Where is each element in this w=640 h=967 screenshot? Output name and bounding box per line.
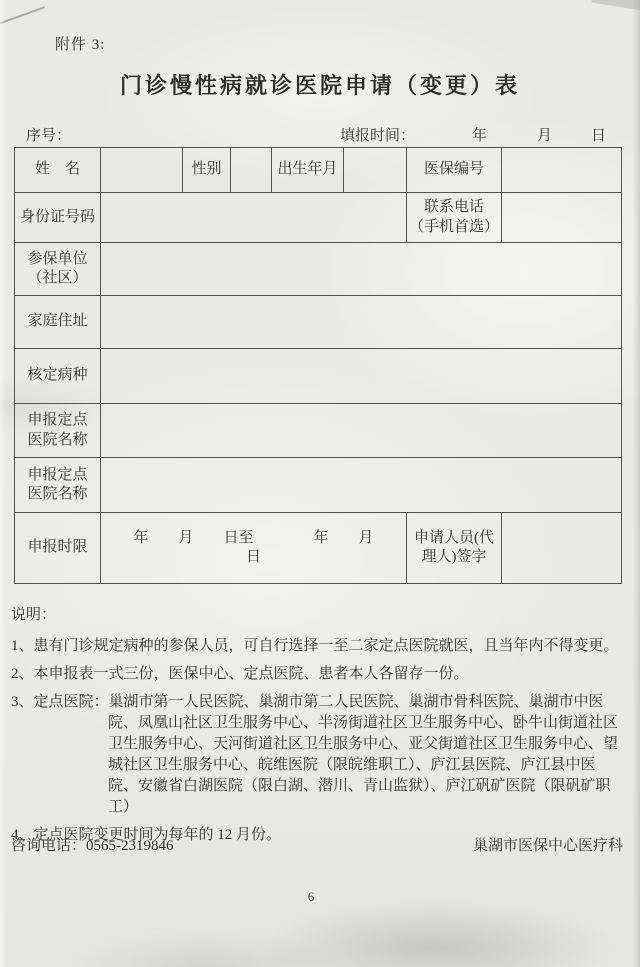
hospital1-label-line1: 申报定点 [17,411,98,431]
approved-disease-label-cell: 核定病种 [15,349,101,404]
insured-unit-label-line1: 参保单位 [17,250,98,270]
birth-label-cell: 出生年月 [272,148,344,193]
contact-phone: 咨询电话：0565-2319846 [11,834,174,855]
hospital2-label-line1: 申报定点 [17,466,98,486]
period-label-cell: 申报时限 [15,513,101,584]
birth-value-cell [344,148,407,193]
period-value-line1: 年 月 日至 年 月 [103,529,404,549]
footer-row: 咨询电话：0565-2319846 巢湖市医保中心医疗科 [11,834,623,855]
table-row: 申报定点 医院名称 [15,458,622,513]
page-number: 6 [0,889,622,905]
phone-value-cell [502,193,622,243]
name-label-cell: 姓 名 [15,148,101,193]
insurance-no-label-cell: 医保编号 [407,148,502,193]
table-row: 参保单位 （社区） [15,243,622,296]
note-item-1: 1、患有门诊规定病种的参保人员，可自行选择一至二家定点医院就医，且当年内不得变更… [11,636,625,657]
scan-artifact-top-left [0,0,45,25]
table-row: 姓 名 性别 出生年月 医保编号 [15,148,622,193]
hospital1-label-line2: 医院名称 [17,431,98,451]
notes-heading: 说明： [11,607,625,624]
name-value-cell [101,148,183,193]
hospital2-label-line2: 医院名称 [17,485,98,505]
issuing-department: 巢湖市医保中心医疗科 [473,834,623,855]
note-item-3: 3、定点医院：巢湖市第一人民医院、巢湖市第二人民医院、巢湖市骨科医院、巢湖市中医… [11,692,625,818]
id-number-value-cell [101,193,407,243]
table-row: 申报时限 年 月 日至 年 月 日 申请人员(代理人)签字 [15,513,622,584]
table-row: 身份证号码 联系电话 （手机首选） [15,193,622,243]
year-label: 年 [472,124,487,145]
hospital2-value-cell [101,458,622,513]
month-label: 月 [537,124,552,145]
insured-unit-label-cell: 参保单位 （社区） [15,243,101,296]
period-value-cell: 年 月 日至 年 月 日 [101,513,407,584]
gender-label-cell: 性别 [183,148,231,193]
signer-label-cell: 申请人员(代理人)签字 [407,513,502,584]
note-item-2: 2、本申报表一式三份，医保中心、定点医院、患者本人各留存一份。 [11,664,625,685]
table-row: 核定病种 [15,349,622,404]
insured-unit-value-cell [101,243,622,296]
day-label: 日 [591,124,606,145]
table-row: 申报定点 医院名称 [15,404,622,458]
hospital1-label-cell: 申报定点 医院名称 [15,404,101,458]
id-number-label-cell: 身份证号码 [15,193,101,243]
phone-label-line2: （手机首选） [409,218,499,238]
signer-value-cell [502,513,622,584]
hospital1-value-cell [101,404,622,458]
insured-unit-label-line2: （社区） [17,269,98,289]
phone-label-line1: 联系电话 [409,198,499,218]
home-address-value-cell [101,296,622,349]
insurance-no-value-cell [502,148,622,193]
table-row: 家庭住址 [15,296,622,349]
period-value-line2: 日 [103,548,404,568]
fill-time-label: 填报时间： [340,124,415,145]
home-address-label-cell: 家庭住址 [15,296,101,349]
scan-edge-left [0,0,6,967]
gender-value-cell [231,148,272,193]
scan-edge-right [633,0,640,967]
notes-section: 说明： 1、患有门诊规定病种的参保人员，可自行选择一至二家定点医院就医，且当年内… [11,607,625,853]
application-form-table: 姓 名 性别 出生年月 医保编号 身份证号码 联系电话 （手机首选） 参保单位 … [14,147,622,584]
approved-disease-value-cell [101,349,622,404]
phone-label-cell: 联系电话 （手机首选） [407,193,502,243]
attachment-label: 附件 3: [55,33,105,54]
serial-number-label: 序号： [26,124,71,145]
hospital2-label-cell: 申报定点 医院名称 [15,458,101,513]
form-title: 门诊慢性病就诊医院申请（变更）表 [0,69,640,100]
